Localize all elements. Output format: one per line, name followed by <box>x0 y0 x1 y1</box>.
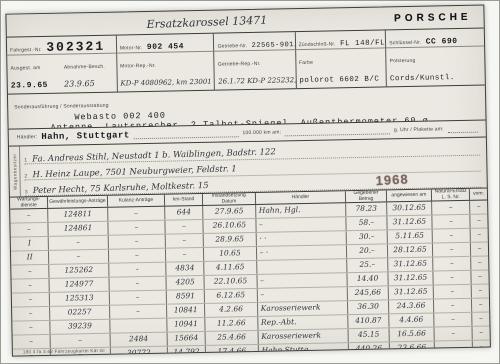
vehicle-record-card: Ersatzkarossel 13471 PORSCHE Fahrgest.-N… <box>5 5 490 357</box>
service-table: Wartungs-diensteGewährleistungs-AnträgeK… <box>10 188 490 355</box>
table-header-cell: Gegebener Betrag <box>346 190 387 202</box>
field-dates: Ausgest. am 23.9.65 Abnahme-Besch. 23.9.… <box>7 54 117 94</box>
key-number: CC 690 <box>426 37 458 47</box>
table-cell: 10941 <box>167 318 205 332</box>
field-label: Motor-Nr. <box>120 45 143 51</box>
owner-number: 1 <box>24 157 32 163</box>
table-header-cell: vom: <box>470 188 487 199</box>
table-cell: – <box>166 234 204 248</box>
table-cell: – <box>432 215 470 229</box>
table-header-cell: angewiesen am <box>387 190 433 202</box>
table-cell: 58.– <box>347 216 388 230</box>
table-cell: – · <box>257 245 348 260</box>
field-motor-rep: Motor-Rep.-Nr. KD-P 4080962, km 23001 AB… <box>117 52 215 92</box>
owners-section: Wagenbesitzer 1Fa. Andreas Stihl, Neusta… <box>9 138 487 198</box>
acceptance-date: 23.9.65 <box>64 79 95 89</box>
table-cell: – <box>434 299 472 313</box>
ignition-key-number: FL 148/FL 148 <box>340 39 386 48</box>
field-zuendschloss: Zündschloß-Nr. FL 148/FL 148 <box>295 30 386 50</box>
porsche-logo: PORSCHE <box>394 11 472 23</box>
field-polsterung: Polsterung Cords/Kunstl. Wagenauslieferu… <box>386 47 484 87</box>
table-cell: – <box>473 340 490 353</box>
table-cell: · · <box>256 231 347 246</box>
table-cell: – <box>433 243 471 257</box>
field-schluessel: Schlüssel-Nr. CC 690 <box>386 29 484 49</box>
table-cell: – <box>434 271 472 285</box>
handwritten-title: Ersatzkarossel 13471 <box>146 13 267 30</box>
table-cell: – <box>110 305 167 319</box>
table-cell: – <box>11 265 49 279</box>
field-label: Abnahme-Besch. <box>64 64 105 71</box>
table-cell: 125262 <box>49 264 109 278</box>
table-cell: – <box>472 298 489 311</box>
table-cell: – <box>51 334 111 348</box>
table-cell: – <box>472 284 489 297</box>
table-cell: – <box>434 285 472 299</box>
table-cell: 45.15 <box>349 328 390 342</box>
table-cell: 10.65 <box>204 247 257 261</box>
table-cell: 30772 <box>111 347 168 356</box>
table-body: –124811–64427.9.65Hahn, Hgl.78.2330.12.6… <box>10 200 490 355</box>
table-cell: 124861 <box>49 222 109 236</box>
dotted-leader <box>134 129 239 139</box>
table-cell: 22.10.65 <box>205 275 258 289</box>
table-cell: 11.2.66 <box>205 317 258 331</box>
table-header-cell: Gewährleistungs-Anträge <box>48 196 108 208</box>
owner-lines: 1Fa. Andreas Stihl, Neustadt 1 b. Waibli… <box>20 138 487 197</box>
table-cell: – <box>256 217 347 232</box>
paint-color: polorot 6602 B/C <box>299 76 379 86</box>
identification-grid: Fahrgest.-Nr. 302321 Motor-Nr. 902 454 G… <box>7 29 485 95</box>
table-cell: Rep.-Abt. <box>258 315 349 330</box>
table-cell: – <box>471 242 488 255</box>
table-cell: 20.– <box>347 244 388 258</box>
gearbox-number: 22565-901/0 <box>252 41 296 50</box>
dealer-label: Händler: <box>17 134 38 140</box>
gearbox-repair-number: 26.1.72 KD-P 225232, 56357 km <box>218 75 296 85</box>
table-cell: Hahn Stuttg. <box>258 343 349 355</box>
owner-number: 3 <box>25 189 33 195</box>
table-cell: – <box>13 335 51 349</box>
table-cell: 31.12.65 <box>387 216 433 230</box>
table-cell: 2484 <box>110 333 167 347</box>
field-label: Zündschloß-Nr. <box>299 41 336 48</box>
table-cell: – <box>109 249 166 263</box>
table-cell: 36.30 <box>348 300 389 314</box>
table-cell: – <box>165 220 203 234</box>
table-cell: – <box>108 221 165 235</box>
issue-date: 23.9.65 <box>11 81 48 91</box>
owner-text: Peter Hecht, 75 Karlsruhe, Moltkestr. 15 <box>33 181 209 196</box>
table-header-cell: km-Stand <box>165 194 203 206</box>
table-cell: 30.– <box>347 230 388 244</box>
table-cell <box>110 319 167 333</box>
table-cell: - <box>109 263 166 277</box>
owners-side-label: Wagenbesitzer <box>12 153 18 189</box>
scan-background: Ersatzkarossel 13471 PORSCHE Fahrgest.-N… <box>0 0 500 364</box>
table-cell: – <box>12 279 50 293</box>
table-cell: 4.4.66 <box>389 314 435 328</box>
field-label: Motor-Rep.-Nr. <box>120 63 156 70</box>
table-cell: Hahn, Hgl. <box>256 203 347 218</box>
table-cell: 16.5.66 <box>389 328 435 342</box>
table-cell: – <box>435 327 473 341</box>
chassis-number: 302321 <box>46 39 105 55</box>
table-cell: II <box>11 251 49 265</box>
table-cell: – <box>110 291 167 305</box>
table-cell: 31.12.65 <box>388 258 434 272</box>
table-cell: – <box>432 201 470 215</box>
field-label: Getriebe-Nr. <box>217 43 247 50</box>
field-label: Schlüssel-Nr. <box>389 40 421 47</box>
table-cell: 15664 <box>168 332 206 346</box>
table-cell: 245,66 <box>348 286 389 300</box>
table-cell: – <box>435 341 473 355</box>
table-cell: – <box>470 200 487 213</box>
table-header-cell: Kulanz-Anträge <box>108 195 165 207</box>
field-label: Ausgest. am <box>10 65 40 72</box>
table-cell: – <box>472 270 489 283</box>
upholstery: Cords/Kunstl. <box>390 74 455 83</box>
table-cell: 14.792 <box>168 346 206 356</box>
table-cell: 125313 <box>50 292 110 306</box>
field-label: Polsterung <box>390 58 416 64</box>
table-cell: 8591 <box>167 290 205 304</box>
table-cell: 5.11.65 <box>387 230 433 244</box>
table-cell: – <box>166 248 204 262</box>
table-cell: – <box>10 223 48 237</box>
dealer-name: Hahn, Stuttgart <box>41 130 130 142</box>
table-cell: 30.12.65 <box>387 202 433 216</box>
km-100000-label: 100.000 km am: <box>242 129 281 136</box>
table-cell: 28.9.65 <box>204 233 257 247</box>
table-cell: – <box>49 236 109 250</box>
table-cell: – <box>471 228 488 241</box>
field-motor: Motor-Nr. 902 454 <box>117 34 215 54</box>
table-cell: 124977 <box>50 278 110 292</box>
table-header-cell: Instandsetzung Datum <box>203 193 256 205</box>
dotted-leader <box>285 126 390 136</box>
table-cell: 25.– <box>347 258 388 272</box>
table-cell: 28.12.65 <box>388 244 434 258</box>
section-label: Sonderausführung / Sonderausstattung <box>14 103 109 111</box>
year-stamp: 1968 <box>375 171 409 188</box>
table-cell: – <box>10 209 48 223</box>
owner-number: 2 <box>24 173 32 179</box>
table-cell: Karosseriewerk <box>258 301 349 316</box>
table-cell: – <box>12 321 50 335</box>
table-cell: – <box>12 293 50 307</box>
table-cell: 4.2.66 <box>205 303 258 317</box>
table-cell: 124811 <box>48 208 108 222</box>
table-cell: 39239 <box>50 320 110 334</box>
field-label: Farbe <box>299 60 313 66</box>
table-cell: 6.12.65 <box>205 289 258 303</box>
field-label: Getriebe-Rep.-Nr. <box>218 61 261 68</box>
field-getriebe: Getriebe-Nr. 22565-901/0 <box>214 32 295 52</box>
table-cell: 644 <box>165 206 203 220</box>
field-label: Fahrgest.-Nr. <box>10 47 42 54</box>
field-getriebe-rep: Getriebe-Rep.-Nr. 26.1.72 KD-P 225232, 5… <box>215 50 297 90</box>
engine-repair-number: KD-P 4080962, km 23001 <box>120 78 211 88</box>
table-cell: – <box>433 257 471 271</box>
table-cell: 410.87 <box>349 314 390 328</box>
table-cell: 31.12.65 <box>388 272 434 286</box>
table-cell: Karosseriewerk <box>258 329 349 344</box>
table-cell: 27.9.65 <box>203 205 256 219</box>
table-cell: – <box>109 277 166 291</box>
table-cell: – <box>473 326 490 339</box>
engine-number: 902 454 <box>147 42 184 52</box>
table-cell: – <box>472 312 489 325</box>
table-cell: 02257 <box>50 306 110 320</box>
table-cell: – <box>257 273 348 288</box>
table-cell: 4.11.65 <box>204 261 257 275</box>
clock-badge-label: g. Uhr / Plakette am: <box>394 126 444 133</box>
table-cell: 26.10.65 <box>204 219 257 233</box>
table-cell: – <box>257 287 348 302</box>
table-cell: – <box>108 235 165 249</box>
table-cell: – <box>434 313 472 327</box>
table-cell: – <box>49 250 109 264</box>
table-cell: 24.3.66 <box>389 300 435 314</box>
table-cell: 25.4.66 <box>206 331 259 345</box>
field-fahrgestell: Fahrgest.-Nr. 302321 <box>7 36 117 56</box>
table-cell: – <box>471 256 488 269</box>
table-cell: 17.4.66 <box>206 345 259 356</box>
table-cell <box>257 259 348 274</box>
table-cell: 4205 <box>166 276 204 290</box>
table-cell: 31.12.65 <box>389 286 435 300</box>
table-cell: 10841 <box>167 304 205 318</box>
table-cell: – <box>108 207 165 221</box>
table-cell: 440.26 <box>349 342 390 355</box>
table-header-cell: Wartungs-dienste <box>10 197 48 209</box>
table-cell: 14.40 <box>348 272 389 286</box>
field-farbe: Farbe polorot 6602 B/C Reß.-Nr. 5 <box>296 48 387 88</box>
dotted-leader <box>448 125 478 134</box>
table-cell: I <box>11 237 49 251</box>
table-cell: – <box>12 307 50 321</box>
table-cell: 4834 <box>166 262 204 276</box>
table-header-cell: Händler <box>256 191 347 204</box>
table-header-cell: Natural-Ersatz L. S. Nr. <box>432 189 470 201</box>
table-cell: 78.23 <box>346 202 387 216</box>
table-cell: – <box>433 229 471 243</box>
table-cell: – <box>471 214 488 227</box>
table-cell: 23.6.66 <box>390 342 436 356</box>
